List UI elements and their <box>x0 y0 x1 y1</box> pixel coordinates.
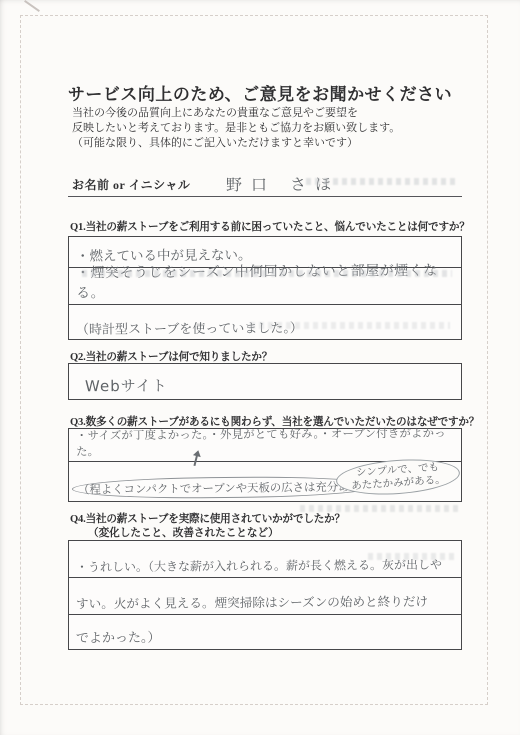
answer-row: ・サイズが丁度よかった。・外見がとても好み。・オーブン付きがよかった。 <box>69 429 461 462</box>
question-2-text: 当社の薪ストーブは何で知りましたか？ <box>86 352 273 363</box>
intro-line: （可能な限り、具体的にご記入いただけますと幸いです） <box>72 136 400 151</box>
handwritten-answer: ・サイズが丁度よかった。・外見がとても好み。・オーブン付きがよかった。 <box>76 425 457 460</box>
page-title: サービス向上のため、ご意見をお聞かせください <box>0 80 520 105</box>
question-2-answer-box: Webサイト <box>68 363 462 400</box>
intro-line: 反映したいと考えております。是非ともご協力をお願い致します。 <box>72 121 400 136</box>
handwritten-answer: でよかった。） <box>76 627 161 647</box>
question-2-label: Q2.当社の薪ストーブは何で知りましたか？ <box>70 349 474 364</box>
question-4-number: Q4. <box>70 514 86 525</box>
scanned-survey-sheet: サービス向上のため、ご意見をお聞かせください 当社の今後の品質向上にあなたの貴重… <box>0 0 520 735</box>
answer-row: でよかった。） <box>69 615 461 649</box>
bleed-through-smudge <box>250 322 450 329</box>
handwritten-answer: Webサイト <box>85 375 168 397</box>
question-1-text: 当社の薪ストーブをご利用する前に困っていたこと、悩んでいたことは何ですか？ <box>86 222 470 233</box>
handwritten-answer: すい。火がよく見える。煙突掃除はシーズンの始めと終りだけ <box>76 591 428 612</box>
question-4-label: Q4.当社の薪ストーブを実際に使用されていかがでしたか？ <box>70 511 474 526</box>
question-1-label: Q1.当社の薪ストーブをご利用する前に困っていたこと、悩んでいたことは何ですか？ <box>70 219 474 234</box>
bleed-through-smudge <box>368 553 456 560</box>
bleed-through-smudge <box>82 270 452 277</box>
name-field-label: お名前 or イニシャル <box>72 176 190 193</box>
bleed-through-smudge <box>300 505 458 512</box>
answer-row: すい。火がよく見える。煙突掃除はシーズンの始めと終りだけ <box>69 578 461 615</box>
intro-paragraph: 当社の今後の品質向上にあなたの貴重なご意見やご要望を 反映したいと考えております… <box>72 106 400 150</box>
handwritten-answer: ・煙突そうじをシーズン中何回かしないと部屋が煙くなる。 <box>76 260 457 303</box>
handwritten-side-note: シンプルで、でも あたたかみがある。 <box>335 456 461 499</box>
question-1-number: Q1. <box>70 222 86 233</box>
answer-row: Webサイト <box>69 364 461 399</box>
question-2-number: Q2. <box>70 352 86 363</box>
intro-line: 当社の今後の品質向上にあなたの貴重なご意見やご要望を <box>72 106 400 121</box>
question-4-text: 当社の薪ストーブを実際に使用されていかがでしたか？ <box>86 514 345 525</box>
paper-fold-mark <box>24 0 40 12</box>
question-4-sublabel: （変化したこと、改善されたことなど） <box>88 525 279 540</box>
answer-row: （程よくコンパクトでオーブンや天板の広さは充分ある） シンプルで、でも あたたか… <box>69 462 461 501</box>
question-3-answer-box: ・サイズが丁度よかった。・外見がとても好み。・オーブン付きがよかった。 （程よく… <box>68 428 462 502</box>
handwritten-answer-circled: （程よくコンパクトでオーブンや天板の広さは充分ある） <box>72 475 379 499</box>
bleed-through-smudge <box>306 178 458 185</box>
